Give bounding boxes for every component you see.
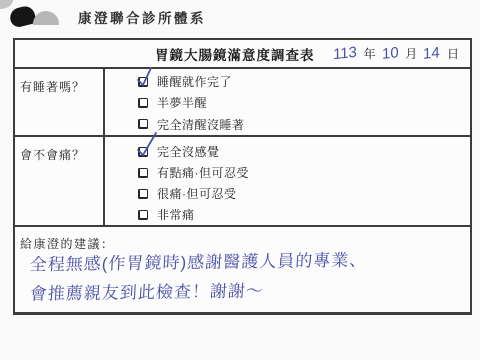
question-row-pain: 會不會痛？ 完全沒感覺 有點痛·但可忍受 很痛·但可忍受 非常痛 <box>15 137 470 227</box>
question-options-pain: 完全沒感覺 有點痛·但可忍受 很痛·但可忍受 非常痛 <box>105 137 249 225</box>
option-row: 非常痛 <box>138 204 249 225</box>
question-options-sleep: 睡醒就作完了 半夢半醒 完全清醒沒睡著 <box>105 69 245 135</box>
suggestion-section: 給康澄的建議： 全程無感(作胃鏡時)感謝醫護人員的專業、 會推薦親友到此檢查！謝… <box>15 227 470 312</box>
handwritten-checkmark-icon <box>135 65 155 89</box>
option-row: 有點痛·但可忍受 <box>138 162 249 183</box>
clinic-header: 康澄聯合診所體系 <box>10 6 206 28</box>
option-label: 完全清醒沒睡著 <box>157 116 245 133</box>
handwritten-day-value: 14 <box>423 44 440 63</box>
logo-gray-half-disc-icon <box>33 11 59 25</box>
handwritten-month-value: 10 <box>382 44 399 63</box>
option-label: 完全沒感覺 <box>157 143 220 160</box>
option-label: 半夢半醒 <box>157 94 207 111</box>
survey-form-table: 胃鏡大腸鏡滿意度調查表 113 年 10 月 14 日 有睡著嗎？ 睡醒就作完了 <box>13 38 472 315</box>
checkbox-unchecked <box>138 98 148 108</box>
checkbox-checked <box>138 147 148 157</box>
checkbox-unchecked <box>138 119 148 129</box>
option-label: 睡醒就作完了 <box>157 73 232 90</box>
checkbox-checked <box>138 77 148 87</box>
handwritten-year-value: 113 <box>333 44 357 64</box>
checkbox-unchecked <box>138 210 148 220</box>
option-label: 很痛·但可忍受 <box>157 185 237 202</box>
clinic-logo-icon <box>10 6 66 28</box>
checkbox-unchecked <box>138 168 148 178</box>
question-label-sleep: 有睡著嗎？ <box>15 69 105 135</box>
handwritten-comment-line-2: 會推薦親友到此檢查！謝謝～ <box>29 276 265 304</box>
option-label: 非常痛 <box>157 206 195 223</box>
option-row: 完全沒感覺 <box>138 141 249 162</box>
title-row: 胃鏡大腸鏡滿意度調查表 113 年 10 月 14 日 <box>15 40 470 69</box>
option-row: 半夢半醒 <box>138 92 245 113</box>
option-row: 完全清醒沒睡著 <box>138 114 245 135</box>
logo-dark-half-disc-icon <box>8 4 37 28</box>
form-title: 胃鏡大腸鏡滿意度調查表 <box>155 44 315 64</box>
option-row: 睡醒就作完了 <box>138 71 245 92</box>
question-label-pain: 會不會痛？ <box>15 137 105 225</box>
date-area: 113 年 10 月 14 日 <box>328 45 460 62</box>
clinic-name: 康澄聯合診所體系 <box>78 7 206 27</box>
year-label: 年 <box>364 45 377 62</box>
checkbox-unchecked <box>138 189 148 199</box>
option-row: 很痛·但可忍受 <box>138 183 249 204</box>
handwritten-comment-line-1: 全程無感(作胃鏡時)感謝醫護人員的專業、 <box>29 246 368 276</box>
day-label: 日 <box>447 45 460 62</box>
option-label: 有點痛·但可忍受 <box>157 164 249 181</box>
month-label: 月 <box>405 45 418 62</box>
question-row-sleep: 有睡著嗎？ 睡醒就作完了 半夢半醒 完全清醒沒睡著 <box>15 69 470 137</box>
